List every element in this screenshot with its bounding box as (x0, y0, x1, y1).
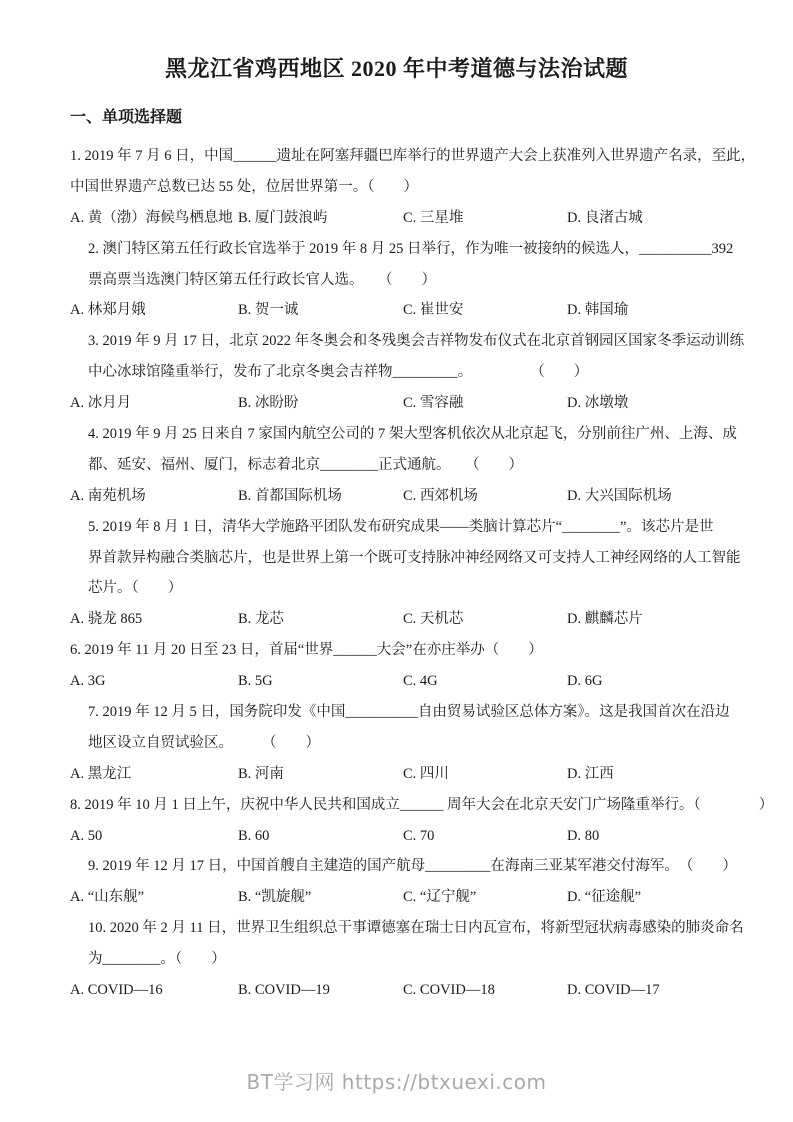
question-text: 1. 2019 年 7 月 6 日，中国______遗址在阿塞拜疆巴库举行的世界… (70, 141, 723, 203)
options-row: A. 50B. 60C. 70D. 80 (70, 821, 723, 852)
question-8-option-c: C. 70 (403, 821, 567, 852)
question-block-8: 8. 2019 年 10 月 1 日上午，庆祝中华人民共和国成立______ 周… (70, 790, 723, 852)
question-6-text-line: 6. 2019 年 11 月 20 日至 23 日，首届“世界______大会”… (70, 635, 723, 666)
question-3-option-b: B. 冰盼盼 (238, 388, 403, 419)
question-9-option-d: D. “征途舰” (567, 882, 723, 913)
question-9-text-line: 9. 2019 年 12 月 17 日，中国首艘自主建造的国产航母_______… (70, 851, 723, 882)
question-10-text-line: 10. 2020 年 2 月 11 日，世界卫生组织总干事谭德塞在瑞士日内瓦宣布… (70, 913, 723, 944)
question-4-option-d: D. 大兴国际机场 (567, 481, 723, 512)
question-5-option-d: D. 麒麟芯片 (567, 604, 723, 635)
question-1-option-d: D. 良渚古城 (567, 203, 723, 234)
question-text: 8. 2019 年 10 月 1 日上午，庆祝中华人民共和国成立______ 周… (70, 790, 723, 821)
question-2-text-line: 票高票当选澳门特区第五任行政长官人选。 （ ） (70, 265, 723, 296)
question-2-text-line: 2. 澳门特区第五任行政长官选举于 2019 年 8 月 25 日举行，作为唯一… (70, 234, 723, 265)
question-4-option-a: A. 南苑机场 (70, 481, 238, 512)
question-block-5: 5. 2019 年 8 月 1 日，清华大学施路平团队发布研究成果——类脑计算芯… (70, 512, 723, 636)
question-5-option-b: B. 龙芯 (238, 604, 403, 635)
question-text: 9. 2019 年 12 月 17 日，中国首艘自主建造的国产航母_______… (70, 851, 723, 882)
question-block-1: 1. 2019 年 7 月 6 日，中国______遗址在阿塞拜疆巴库举行的世界… (70, 141, 723, 234)
question-1-option-a: A. 黄（渤）海候鸟栖息地 (70, 203, 238, 234)
question-block-2: 2. 澳门特区第五任行政长官选举于 2019 年 8 月 25 日举行，作为唯一… (70, 234, 723, 327)
question-1-option-b: B. 厦门鼓浪屿 (238, 203, 403, 234)
question-text: 10. 2020 年 2 月 11 日，世界卫生组织总干事谭德塞在瑞士日内瓦宣布… (70, 913, 723, 975)
section-heading: 一、单项选择题 (70, 105, 723, 131)
question-8-option-a: A. 50 (70, 821, 238, 852)
question-4-option-b: B. 首都国际机场 (238, 481, 403, 512)
question-8-text-line: 8. 2019 年 10 月 1 日上午，庆祝中华人民共和国成立______ 周… (70, 790, 723, 821)
question-5-text-line: 界首款异构融合类脑芯片，也是世界上第一个既可支持脉冲神经网络又可支持人工神经网络… (70, 543, 723, 574)
question-5-option-a: A. 骁龙 865 (70, 604, 238, 635)
question-10-option-d: D. COVID—17 (567, 975, 723, 1006)
question-5-text-line: 5. 2019 年 8 月 1 日，清华大学施路平团队发布研究成果——类脑计算芯… (70, 512, 723, 543)
question-7-option-a: A. 黑龙江 (70, 759, 238, 790)
document-content: 黑龙江省鸡西地区 2020 年中考道德与法治试题 一、单项选择题 1. 2019… (0, 0, 793, 1006)
question-10-option-c: C. COVID—18 (403, 975, 567, 1006)
question-text: 3. 2019 年 9 月 17 日，北京 2022 年冬奥会和冬残奥会吉祥物发… (70, 326, 723, 388)
question-6-option-c: C. 4G (403, 666, 567, 697)
options-row: A. 冰月月B. 冰盼盼C. 雪容融D. 冰墩墩 (70, 388, 723, 419)
question-1-text-line: 1. 2019 年 7 月 6 日，中国______遗址在阿塞拜疆巴库举行的世界… (70, 141, 723, 172)
question-10-option-a: A. COVID—16 (70, 975, 238, 1006)
question-7-option-b: B. 河南 (238, 759, 403, 790)
options-row: A. 林郑月娥B. 贺一诚C. 崔世安D. 韩国瑜 (70, 295, 723, 326)
options-row: A. “山东舰”B. “凯旋舰”C. “辽宁舰”D. “征途舰” (70, 882, 723, 913)
question-5-text-line: 芯片。（ ） (70, 573, 723, 604)
question-9-option-c: C. “辽宁舰” (403, 882, 567, 913)
question-9-option-a: A. “山东舰” (70, 882, 238, 913)
question-8-option-d: D. 80 (567, 821, 723, 852)
exam-document-page: 黑龙江省鸡西地区 2020 年中考道德与法治试题 一、单项选择题 1. 2019… (0, 0, 793, 1122)
question-2-option-b: B. 贺一诚 (238, 295, 403, 326)
options-row: A. 黄（渤）海候鸟栖息地B. 厦门鼓浪屿C. 三星堆D. 良渚古城 (70, 203, 723, 234)
question-3-option-a: A. 冰月月 (70, 388, 238, 419)
question-1-option-c: C. 三星堆 (403, 203, 567, 234)
question-9-option-b: B. “凯旋舰” (238, 882, 403, 913)
question-text: 4. 2019 年 9 月 25 日来自 7 家国内航空公司的 7 架大型客机依… (70, 419, 723, 481)
question-block-4: 4. 2019 年 9 月 25 日来自 7 家国内航空公司的 7 架大型客机依… (70, 419, 723, 512)
question-7-text-line: 7. 2019 年 12 月 5 日，国务院印发《中国__________自由贸… (70, 697, 723, 728)
options-row: A. 骁龙 865B. 龙芯C. 天机芯D. 麒麟芯片 (70, 604, 723, 635)
question-10-option-b: B. COVID—19 (238, 975, 403, 1006)
question-block-9: 9. 2019 年 12 月 17 日，中国首艘自主建造的国产航母_______… (70, 851, 723, 913)
options-row: A. 3GB. 5GC. 4GD. 6G (70, 666, 723, 697)
question-block-6: 6. 2019 年 11 月 20 日至 23 日，首届“世界______大会”… (70, 635, 723, 697)
question-8-option-b: B. 60 (238, 821, 403, 852)
question-list: 1. 2019 年 7 月 6 日，中国______遗址在阿塞拜疆巴库举行的世界… (70, 141, 723, 1006)
question-2-option-c: C. 崔世安 (403, 295, 567, 326)
question-6-option-a: A. 3G (70, 666, 238, 697)
question-6-option-d: D. 6G (567, 666, 723, 697)
question-5-option-c: C. 天机芯 (403, 604, 567, 635)
question-7-option-c: C. 四川 (403, 759, 567, 790)
page-title: 黑龙江省鸡西地区 2020 年中考道德与法治试题 (70, 52, 723, 85)
question-text: 5. 2019 年 8 月 1 日，清华大学施路平团队发布研究成果——类脑计算芯… (70, 512, 723, 605)
options-row: A. COVID—16B. COVID—19C. COVID—18D. COVI… (70, 975, 723, 1006)
watermark-text: BT学习网 https://btxuexi.com (247, 1070, 547, 1094)
question-3-text-line: 中心冰球馆隆重举行，发布了北京冬奥会吉祥物_________。 （ ） (70, 357, 723, 388)
question-block-10: 10. 2020 年 2 月 11 日，世界卫生组织总干事谭德塞在瑞士日内瓦宣布… (70, 913, 723, 1006)
question-4-option-c: C. 西郊机场 (403, 481, 567, 512)
question-3-option-d: D. 冰墩墩 (567, 388, 723, 419)
question-text: 7. 2019 年 12 月 5 日，国务院印发《中国__________自由贸… (70, 697, 723, 759)
question-text: 2. 澳门特区第五任行政长官选举于 2019 年 8 月 25 日举行，作为唯一… (70, 234, 723, 296)
question-10-text-line: 为________。（ ） (70, 944, 723, 975)
question-block-7: 7. 2019 年 12 月 5 日，国务院印发《中国__________自由贸… (70, 697, 723, 790)
question-6-option-b: B. 5G (238, 666, 403, 697)
watermark: BT学习网 https://btxuexi.com (0, 1066, 793, 1095)
question-3-text-line: 3. 2019 年 9 月 17 日，北京 2022 年冬奥会和冬残奥会吉祥物发… (70, 326, 723, 357)
question-2-option-d: D. 韩国瑜 (567, 295, 723, 326)
question-3-option-c: C. 雪容融 (403, 388, 567, 419)
options-row: A. 南苑机场B. 首都国际机场C. 西郊机场D. 大兴国际机场 (70, 481, 723, 512)
options-row: A. 黑龙江B. 河南C. 四川D. 江西 (70, 759, 723, 790)
question-7-option-d: D. 江西 (567, 759, 723, 790)
question-4-text-line: 4. 2019 年 9 月 25 日来自 7 家国内航空公司的 7 架大型客机依… (70, 419, 723, 450)
question-text: 6. 2019 年 11 月 20 日至 23 日，首届“世界______大会”… (70, 635, 723, 666)
question-block-3: 3. 2019 年 9 月 17 日，北京 2022 年冬奥会和冬残奥会吉祥物发… (70, 326, 723, 419)
question-2-option-a: A. 林郑月娥 (70, 295, 238, 326)
question-1-text-line: 中国世界遗产总数已达 55 处，位居世界第一。（ ） (70, 172, 723, 203)
question-7-text-line: 地区设立自贸试验区。 （ ） (70, 728, 723, 759)
question-4-text-line: 都、延安、福州、厦门，标志着北京________正式通航。 （ ） (70, 450, 723, 481)
